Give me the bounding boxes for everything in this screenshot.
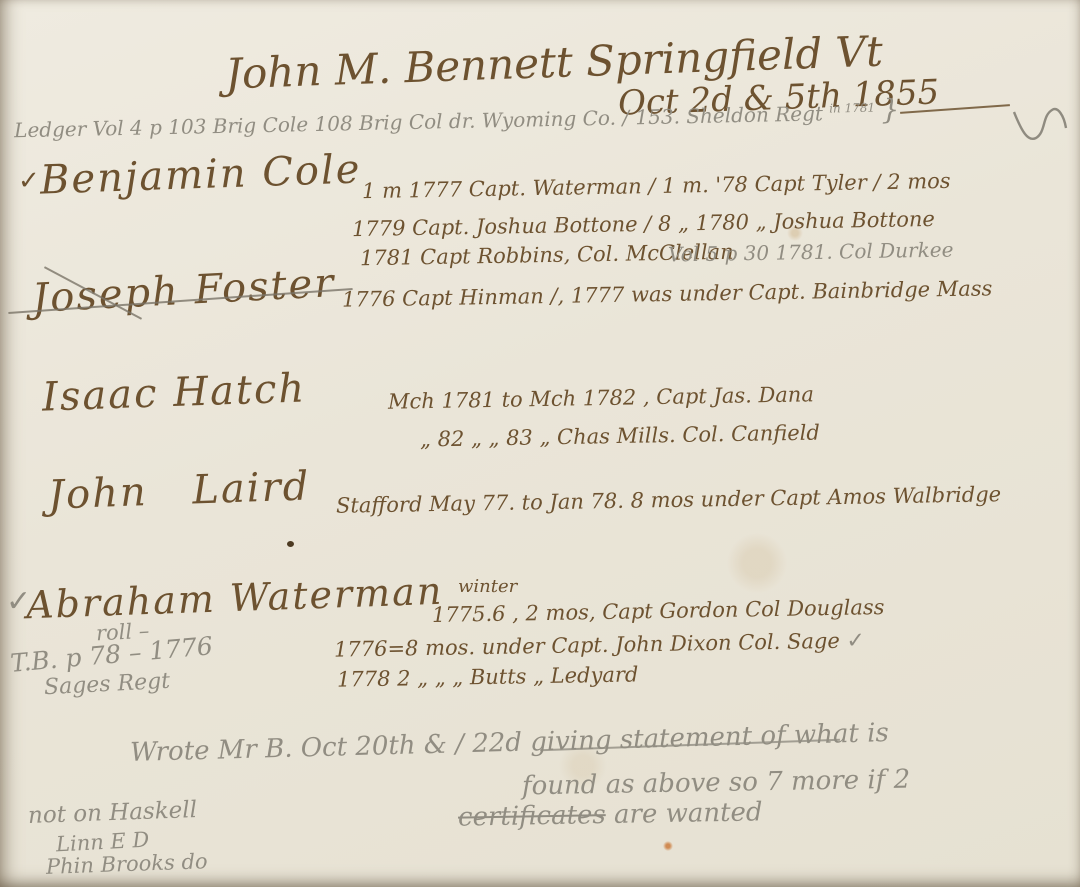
closing-note-line: certificates are wanted [458, 797, 763, 832]
pencil-note-durkee: Vol 5 p 30 1781. Col Durkee [668, 238, 954, 267]
margin-note: Sages Regt [43, 669, 170, 701]
closing-note-rest: are wanted [605, 797, 762, 830]
service-line: 1776=8 mos. under Capt. John Dixon Col. … [334, 628, 865, 662]
flourish-mark [1008, 98, 1068, 150]
check-mark: ✓ [18, 166, 40, 196]
superscript-winter: winter [458, 576, 517, 597]
entry-name-benjamin-cole: Benjamin Cole [39, 146, 362, 203]
service-line: 1778 2 „ „ „ Butts „ Ledyard [337, 662, 639, 691]
ink-dot [287, 541, 294, 547]
service-line: Stafford May 77. to Jan 78. 8 mos under … [336, 482, 1001, 518]
service-text: 1776=8 mos. under Capt. John Dixon Col. … [334, 629, 840, 662]
service-line: 1 m 1777 Capt. Waterman / 1 m. '78 Capt … [362, 169, 951, 203]
service-line: 1776 Capt Hinman /, 1777 was under Capt.… [342, 276, 993, 311]
pencil-check-mark: ✓ [846, 628, 865, 653]
entry-name-isaac-hatch: Isaac Hatch [41, 365, 307, 420]
ledger-note-superscript: in 1781 [829, 101, 875, 116]
ledger-note: Ledger Vol 4 p 103 Brig Cole 108 Brig Co… [14, 93, 900, 145]
service-line: „ 82 „ „ 83 „ Chas Mills. Col. Canfield [420, 421, 820, 452]
service-line: 1779 Capt. Joshua Bottone / 8 „ 1780 „ J… [352, 207, 935, 241]
entry-name-abraham-waterman: Abraham Waterman [25, 569, 444, 628]
struck-word: certificates [458, 800, 606, 833]
service-line: Mch 1781 to Mch 1782 , Capt Jas. Dana [388, 382, 814, 413]
closing-note-line: found as above so 7 more if 2 [522, 765, 911, 802]
entry-name-joseph-foster: Joseph Foster [31, 260, 336, 322]
manuscript-page: John M. Bennett Springfield Vt Oct 2d & … [0, 0, 1080, 887]
corner-note: not on Haskell [28, 797, 198, 829]
ledger-note-brace: } [881, 93, 900, 126]
corner-note: Phin Brooks do [46, 849, 208, 879]
service-line: 1775.6 , 2 mos, Capt Gordon Col Douglass [432, 595, 885, 627]
ledger-note-text: Ledger Vol 4 p 103 Brig Cole 108 Brig Co… [14, 101, 823, 142]
entry-name-john-laird: John Laird [47, 463, 311, 518]
